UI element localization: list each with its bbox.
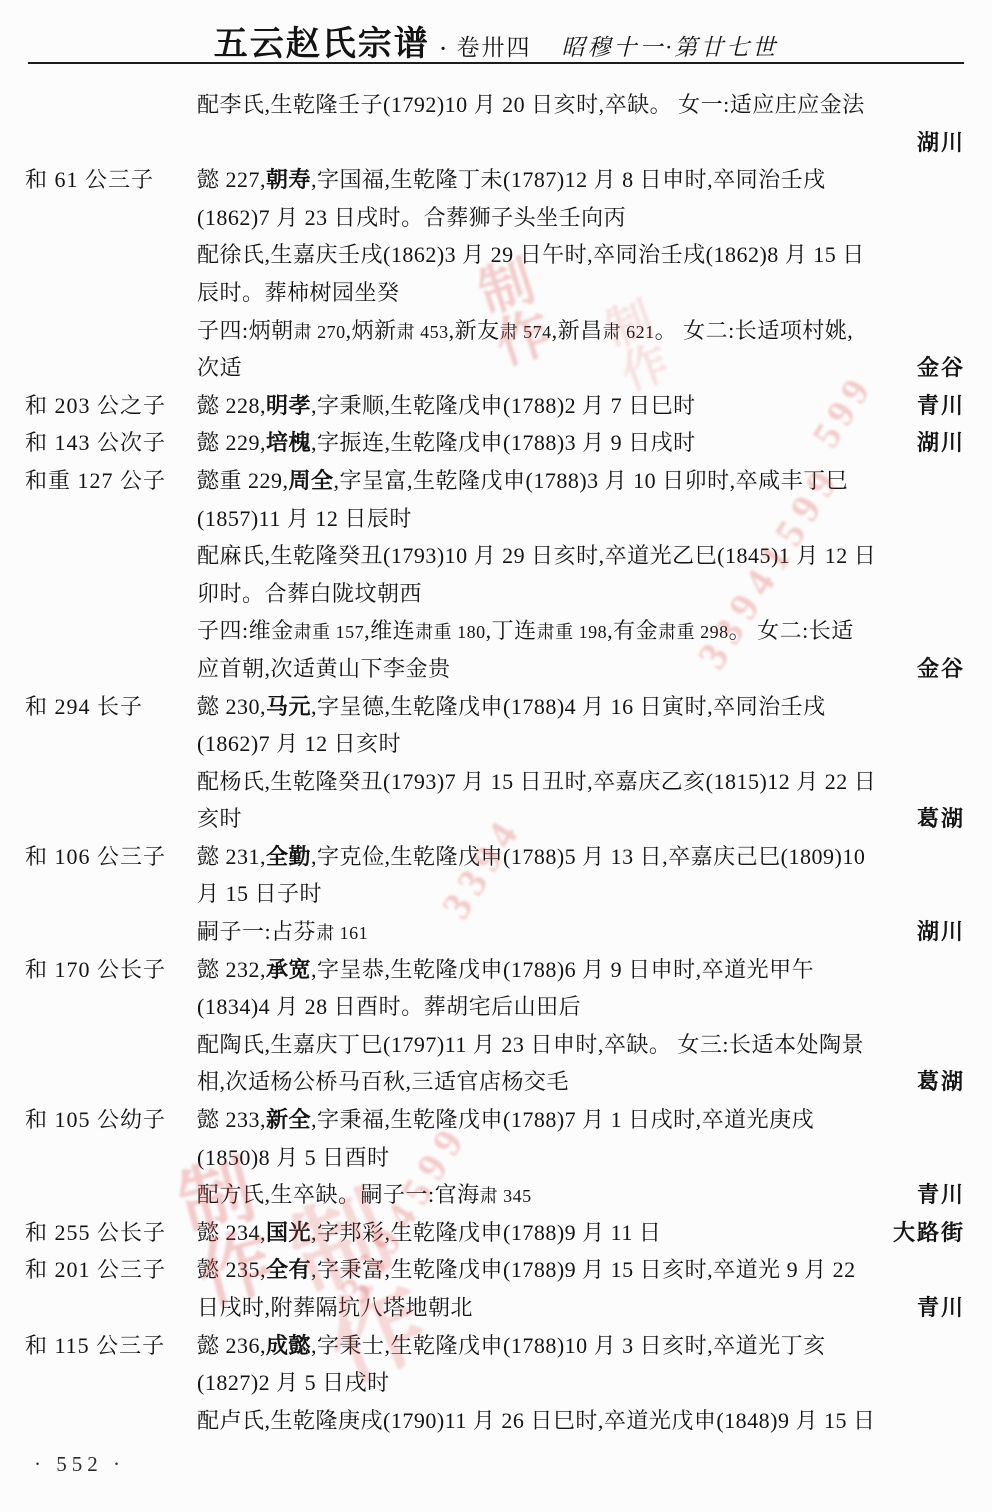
place-name: 湖川 bbox=[917, 424, 965, 462]
text-line: 和 170 公长子懿 232,承宽,字呈恭,生乾隆戊申(1788)6 月 9 日… bbox=[0, 951, 992, 989]
entry-text: 亥时 bbox=[197, 800, 242, 838]
volume-label: 卷卅四 bbox=[456, 29, 531, 62]
entry-label: 和 294 长子 bbox=[25, 688, 143, 726]
text-line: 和 203 公之子懿 228,明孝,字秉顺,生乾隆戊申(1788)2 月 7 日… bbox=[0, 387, 992, 425]
entry-text: 配方氏,生卒缺。嗣子一:官海肃 345 bbox=[197, 1176, 532, 1216]
generation-ref: 肃 574 bbox=[500, 322, 552, 342]
text-line: 湖川 bbox=[0, 124, 992, 162]
text-line: 月 15 日子时 bbox=[0, 875, 992, 913]
entry-label: 和 170 公长子 bbox=[25, 951, 166, 989]
entry-label: 和重 127 公子 bbox=[25, 462, 166, 500]
text-line: 和 105 公幼子懿 233,新全,字秉福,生乾隆戊申(1788)7 月 1 日… bbox=[0, 1101, 992, 1139]
text-line: 和 294 长子懿 230,马元,字呈德,生乾隆戊申(1788)4 月 16 日… bbox=[0, 688, 992, 726]
given-name: 朝寿 bbox=[266, 167, 311, 192]
entry-text: 嗣子一:占芬肃 161 bbox=[197, 913, 368, 953]
entry-text: (1827)2 月 5 日戌时 bbox=[197, 1364, 390, 1402]
place-name: 金谷 bbox=[917, 349, 965, 387]
entry-text: 懿 236,成懿,字秉士,生乾隆戊申(1788)10 月 3 日亥时,卒道光丁亥 bbox=[197, 1327, 826, 1365]
place-name: 青川 bbox=[917, 1176, 965, 1214]
text-line: (1850)8 月 5 日酉时 bbox=[0, 1139, 992, 1177]
entry-label: 和 115 公三子 bbox=[25, 1327, 165, 1365]
given-name: 新全 bbox=[266, 1107, 311, 1132]
generation-ref: 肃 453 bbox=[397, 322, 449, 342]
text-line: 配卢氏,生乾隆庚戌(1790)11 月 26 日巳时,卒道光戊申(1848)9 … bbox=[0, 1402, 992, 1440]
generation-ref: 肃重 198 bbox=[537, 622, 608, 642]
entry-text: 懿 235,全有,字秉富,生乾隆戊申(1788)9 月 15 日亥时,卒道光 9… bbox=[197, 1251, 856, 1289]
text-line: 和 143 公次子懿 229,培槐,字振连,生乾隆戊申(1788)3 月 9 日… bbox=[0, 424, 992, 462]
text-line: 配李氏,生乾隆壬子(1792)10 月 20 日亥时,卒缺。 女一:适应庄应金法 bbox=[0, 86, 992, 124]
entry-label: 和 201 公三子 bbox=[25, 1251, 166, 1289]
text-line: (1862)7 月 23 日戌时。合葬狮子头坐壬向丙 bbox=[0, 199, 992, 237]
entry-text: (1862)7 月 12 日亥时 bbox=[197, 725, 401, 763]
text-line: 子四:炳朝肃 270,炳新肃 453,新友肃 574,新昌肃 621。 女二:长… bbox=[0, 312, 992, 350]
entry-text: 懿 229,培槐,字振连,生乾隆戊申(1788)3 月 9 日戌时 bbox=[197, 424, 696, 462]
text-line: 配麻氏,生乾隆癸丑(1793)10 月 29 日亥时,卒道光乙巳(1845)1 … bbox=[0, 537, 992, 575]
generation-ref: 肃 270 bbox=[294, 322, 346, 342]
text-line: 日戌时,附葬隔坑八塔地朝北青川 bbox=[0, 1289, 992, 1327]
text-line: (1834)4 月 28 日酉时。葬胡宅后山田后 bbox=[0, 988, 992, 1026]
text-line: 和 61 公三子懿 227,朝寿,字国福,生乾隆丁未(1787)12 月 8 日… bbox=[0, 161, 992, 199]
entry-text: 配李氏,生乾隆壬子(1792)10 月 20 日亥时,卒缺。 女一:适应庄应金法 bbox=[197, 86, 865, 124]
section-label: 昭穆十一·第廿七世 bbox=[561, 29, 778, 62]
entry-text: (1857)11 月 12 日辰时 bbox=[197, 500, 412, 538]
place-name: 湖川 bbox=[917, 913, 965, 951]
genealogy-page: 五云赵氏宗谱 · 卷卅四 昭穆十一·第廿七世 配李氏,生乾隆壬子(1792)10… bbox=[0, 0, 992, 1512]
entry-text: 月 15 日子时 bbox=[197, 875, 322, 913]
entry-text: 配陶氏,生嘉庆丁巳(1797)11 月 23 日申时,卒缺。 女三:长适本处陶景 bbox=[197, 1026, 864, 1064]
entry-text: 懿 234,国光,字邦彩,生乾隆戊申(1788)9 月 11 日 bbox=[197, 1214, 661, 1252]
place-name: 葛湖 bbox=[917, 1063, 965, 1101]
text-line: 配方氏,生卒缺。嗣子一:官海肃 345青川 bbox=[0, 1176, 992, 1214]
text-line: 配杨氏,生乾隆癸丑(1793)7 月 15 日丑时,卒嘉庆乙亥(1815)12 … bbox=[0, 763, 992, 801]
given-name: 马元 bbox=[266, 694, 311, 719]
place-name: 大路街 bbox=[893, 1214, 965, 1252]
generation-ref: 肃重 157 bbox=[294, 622, 365, 642]
given-name: 周全 bbox=[289, 468, 334, 493]
page-number: · 552 · bbox=[34, 1452, 125, 1477]
text-line: 卯时。合葬白陇坟朝西 bbox=[0, 575, 992, 613]
entry-text: 配徐氏,生嘉庆壬戌(1862)3 月 29 日午时,卒同治壬戌(1862)8 月… bbox=[197, 236, 865, 274]
generation-ref: 肃重 298 bbox=[658, 622, 729, 642]
text-line: 辰时。葬柿树园坐癸 bbox=[0, 274, 992, 312]
book-title: 五云赵氏宗谱 bbox=[214, 16, 430, 65]
given-name: 全有 bbox=[266, 1257, 311, 1282]
entry-text: 相,次适杨公桥马百秋,三适官店杨交毛 bbox=[197, 1063, 569, 1101]
entry-text: 应首朝,次适黄山下李金贵 bbox=[197, 650, 451, 688]
entry-label: 和 143 公次子 bbox=[25, 424, 166, 462]
text-line: 和重 127 公子懿重 229,周全,字呈富,生乾隆戊申(1788)3 月 10… bbox=[0, 462, 992, 500]
given-name: 明孝 bbox=[266, 393, 311, 418]
generation-ref: 肃重 180 bbox=[415, 622, 486, 642]
entry-text: 懿 228,明孝,字秉顺,生乾隆戊申(1788)2 月 7 日巳时 bbox=[197, 387, 696, 425]
text-line: 和 106 公三子懿 231,全勤,字克俭,生乾隆戊申(1788)5 月 13 … bbox=[0, 838, 992, 876]
text-line: 配陶氏,生嘉庆丁巳(1797)11 月 23 日申时,卒缺。 女三:长适本处陶景 bbox=[0, 1026, 992, 1064]
page-header: 五云赵氏宗谱 · 卷卅四 昭穆十一·第廿七世 bbox=[0, 16, 992, 65]
text-line: 子四:维金肃重 157,维连肃重 180,丁连肃重 198,有金肃重 298。 … bbox=[0, 612, 992, 650]
text-line: 和 115 公三子懿 236,成懿,字秉士,生乾隆戊申(1788)10 月 3 … bbox=[0, 1327, 992, 1365]
entry-text: 配杨氏,生乾隆癸丑(1793)7 月 15 日丑时,卒嘉庆乙亥(1815)12 … bbox=[197, 763, 876, 801]
entry-text: 懿 233,新全,字秉福,生乾隆戊申(1788)7 月 1 日戌时,卒道光庚戌 bbox=[197, 1101, 814, 1139]
entry-text: 懿 230,马元,字呈德,生乾隆戊申(1788)4 月 16 日寅时,卒同治壬戌 bbox=[197, 688, 826, 726]
text-line: 和 255 公长子懿 234,国光,字邦彩,生乾隆戊申(1788)9 月 11 … bbox=[0, 1214, 992, 1252]
text-line: 亥时葛湖 bbox=[0, 800, 992, 838]
given-name: 承宽 bbox=[266, 957, 311, 982]
entry-text: 子四:维金肃重 157,维连肃重 180,丁连肃重 198,有金肃重 298。 … bbox=[197, 612, 854, 652]
entry-label: 和 203 公之子 bbox=[25, 387, 166, 425]
text-line: 应首朝,次适黄山下李金贵金谷 bbox=[0, 650, 992, 688]
entry-text: 卯时。合葬白陇坟朝西 bbox=[197, 575, 422, 613]
entry-text: 日戌时,附葬隔坑八塔地朝北 bbox=[197, 1289, 473, 1327]
given-name: 培槐 bbox=[266, 430, 311, 455]
entry-text: 懿 227,朝寿,字国福,生乾隆丁未(1787)12 月 8 日申时,卒同治壬戌 bbox=[197, 161, 826, 199]
entry-text: 懿重 229,周全,字呈富,生乾隆戊申(1788)3 月 10 日卯时,卒咸丰丁… bbox=[197, 462, 848, 500]
entry-text: (1834)4 月 28 日酉时。葬胡宅后山田后 bbox=[197, 988, 581, 1026]
entry-label: 和 105 公幼子 bbox=[25, 1101, 166, 1139]
entry-text: 配卢氏,生乾隆庚戌(1790)11 月 26 日巳时,卒道光戊申(1848)9 … bbox=[197, 1402, 876, 1440]
text-line: 相,次适杨公桥马百秋,三适官店杨交毛葛湖 bbox=[0, 1063, 992, 1101]
text-line: (1862)7 月 12 日亥时 bbox=[0, 725, 992, 763]
text-line: 次适金谷 bbox=[0, 349, 992, 387]
given-name: 全勤 bbox=[266, 844, 311, 869]
text-line: (1827)2 月 5 日戌时 bbox=[0, 1364, 992, 1402]
generation-ref: 肃 621 bbox=[603, 322, 655, 342]
text-line: 嗣子一:占芬肃 161湖川 bbox=[0, 913, 992, 951]
text-line: 配徐氏,生嘉庆壬戌(1862)3 月 29 日午时,卒同治壬戌(1862)8 月… bbox=[0, 236, 992, 274]
place-name: 葛湖 bbox=[917, 800, 965, 838]
entry-text: 辰时。葬柿树园坐癸 bbox=[197, 274, 400, 312]
entry-text: (1862)7 月 23 日戌时。合葬狮子头坐壬向丙 bbox=[197, 199, 626, 237]
entry-text: (1850)8 月 5 日酉时 bbox=[197, 1139, 390, 1177]
entry-label: 和 106 公三子 bbox=[25, 838, 166, 876]
generation-ref: 肃 345 bbox=[480, 1186, 532, 1206]
header-rule bbox=[28, 62, 964, 64]
place-name: 青川 bbox=[917, 1289, 965, 1327]
place-name: 金谷 bbox=[917, 650, 965, 688]
header-separator-dot: · bbox=[440, 38, 447, 61]
entry-text: 配麻氏,生乾隆癸丑(1793)10 月 29 日亥时,卒道光乙巳(1845)1 … bbox=[197, 537, 876, 575]
entry-text: 子四:炳朝肃 270,炳新肃 453,新友肃 574,新昌肃 621。 女二:长… bbox=[197, 312, 853, 352]
text-line: 和 201 公三子懿 235,全有,字秉富,生乾隆戊申(1788)9 月 15 … bbox=[0, 1251, 992, 1289]
genealogy-lines: 配李氏,生乾隆壬子(1792)10 月 20 日亥时,卒缺。 女一:适应庄应金法… bbox=[0, 86, 992, 1439]
generation-ref: 肃 161 bbox=[316, 923, 368, 943]
entry-label: 和 61 公三子 bbox=[25, 161, 154, 199]
entry-text: 懿 232,承宽,字呈恭,生乾隆戊申(1788)6 月 9 日申时,卒道光甲午 bbox=[197, 951, 814, 989]
given-name: 成懿 bbox=[266, 1333, 311, 1358]
given-name: 国光 bbox=[266, 1220, 311, 1245]
entry-label: 和 255 公长子 bbox=[25, 1214, 166, 1252]
entry-text: 懿 231,全勤,字克俭,生乾隆戊申(1788)5 月 13 日,卒嘉庆己巳(1… bbox=[197, 838, 865, 876]
place-name: 湖川 bbox=[917, 124, 965, 162]
place-name: 青川 bbox=[917, 387, 965, 425]
entry-text: 次适 bbox=[197, 349, 242, 387]
text-line: (1857)11 月 12 日辰时 bbox=[0, 500, 992, 538]
